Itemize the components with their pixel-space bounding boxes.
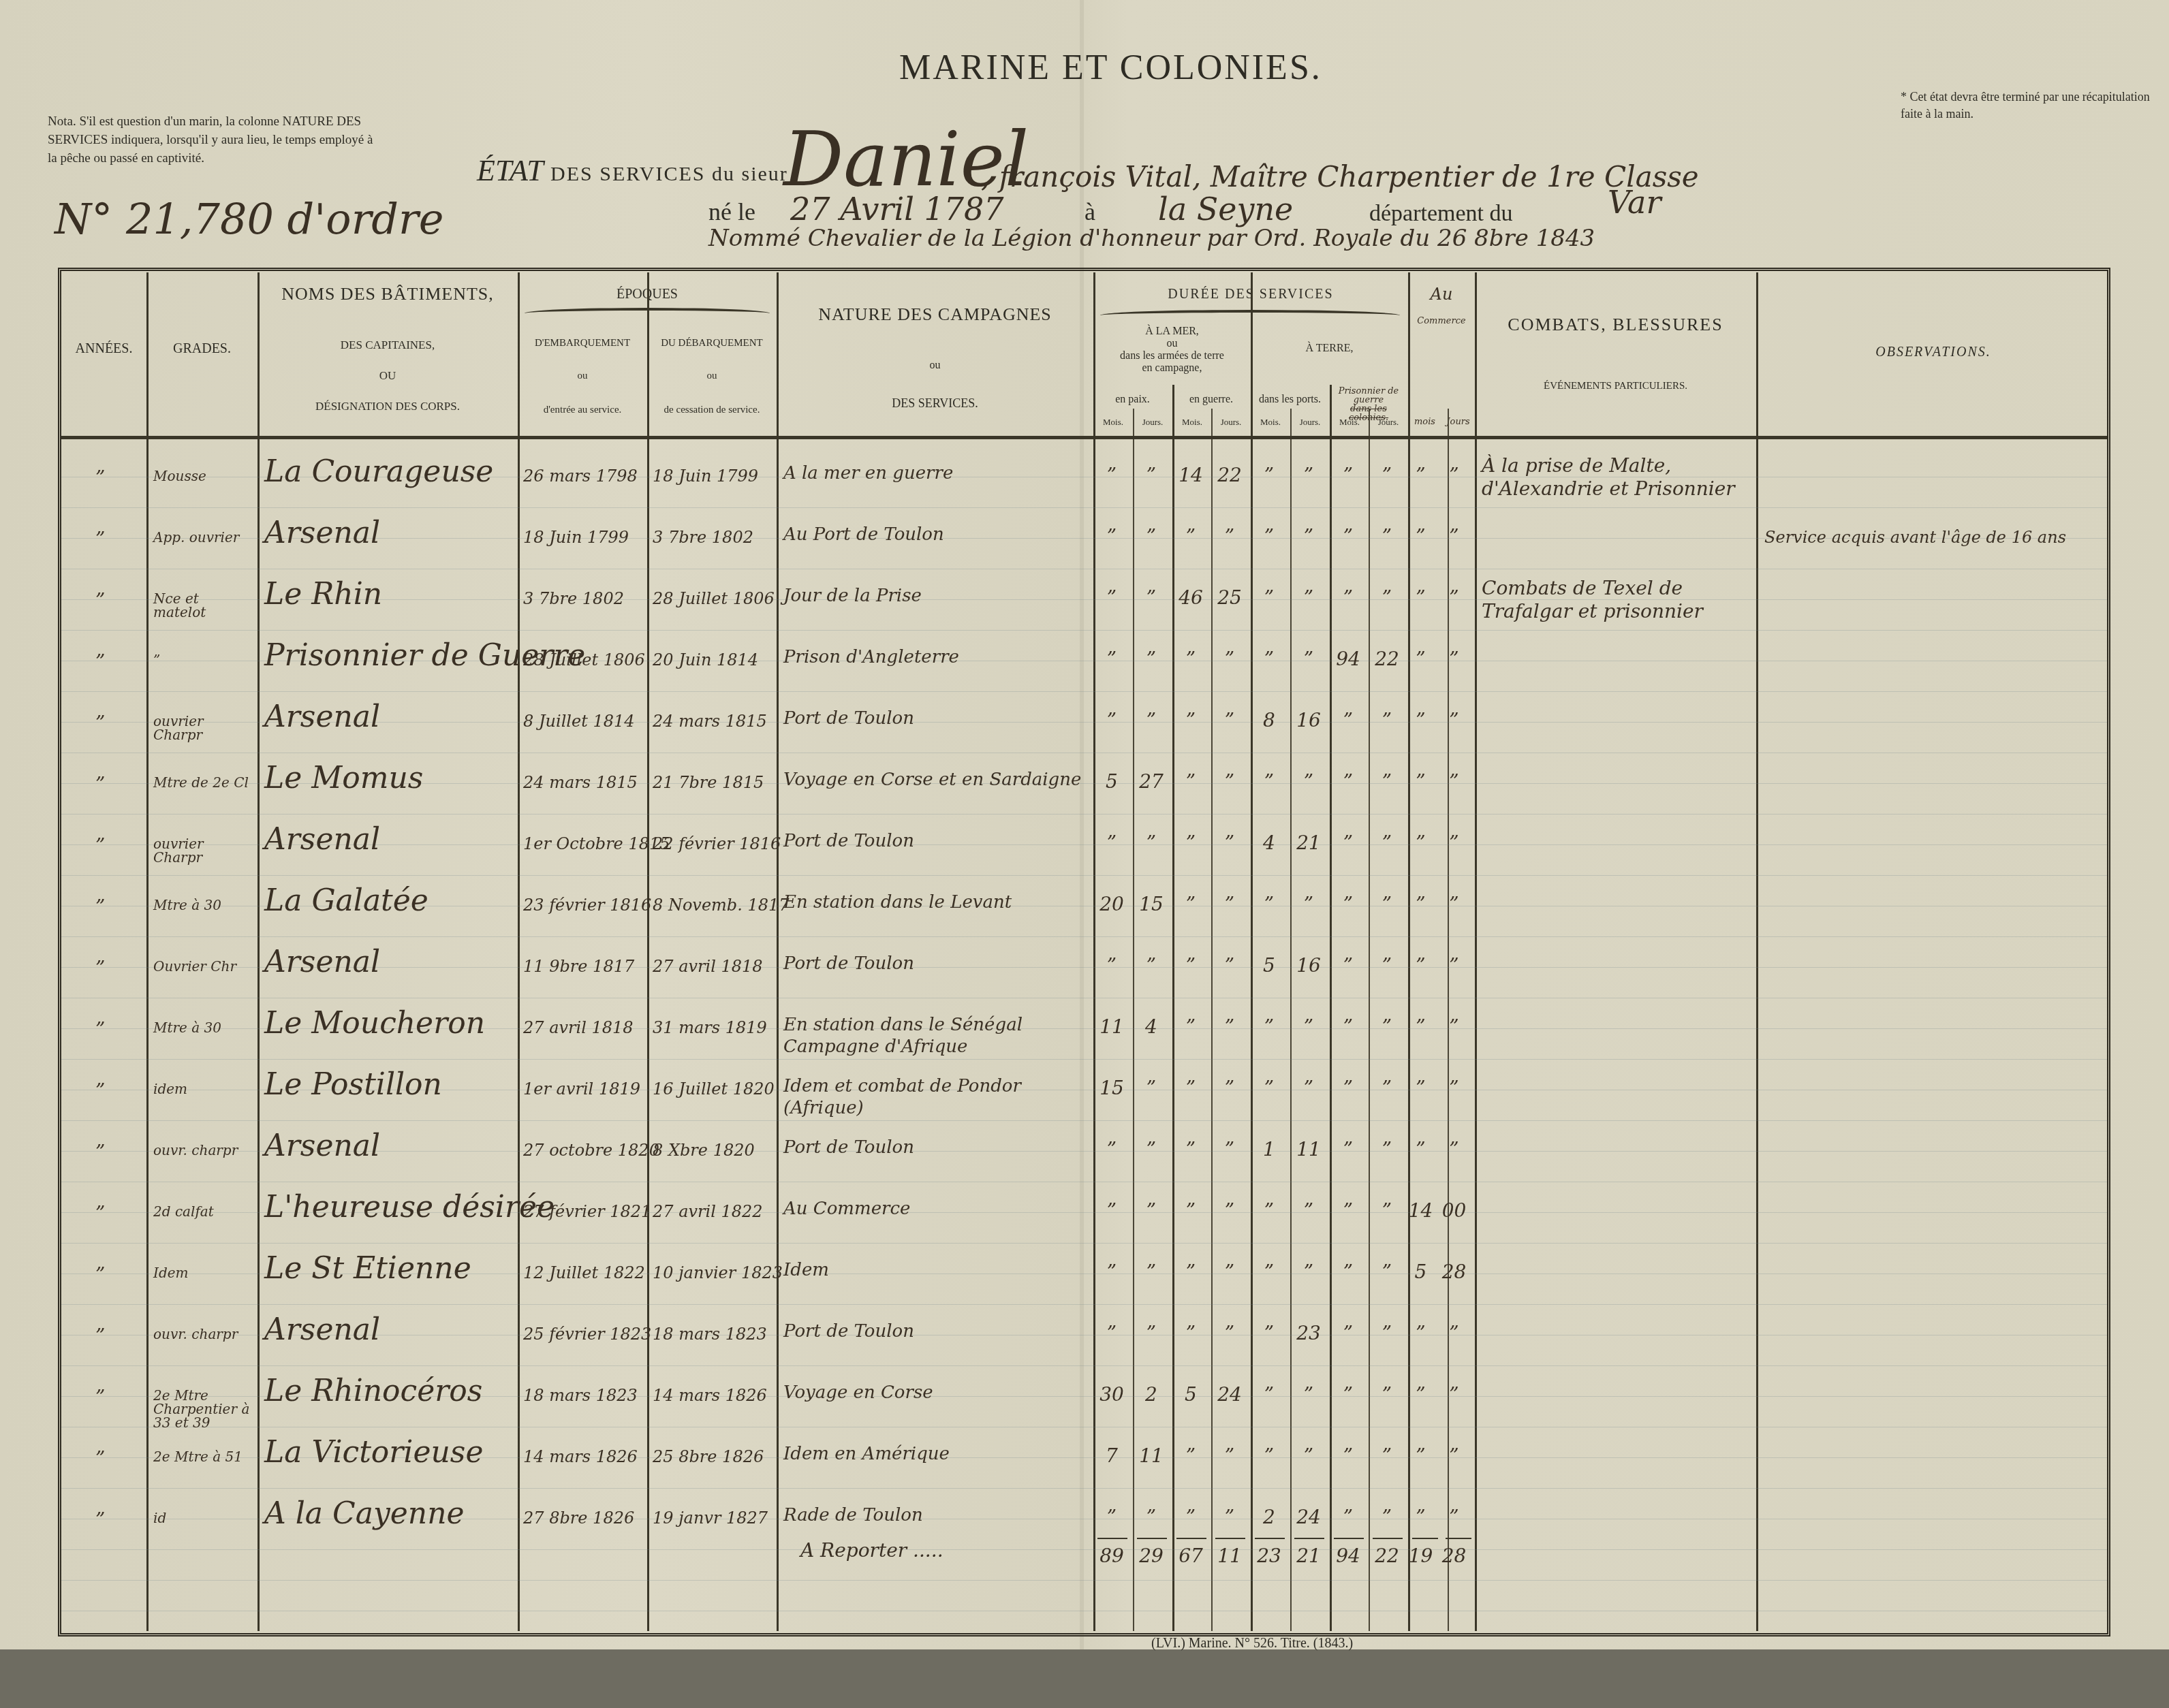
duration-cell: 15 xyxy=(1132,893,1171,915)
duration-cell: ” xyxy=(1249,1015,1289,1038)
duration-cell: ” xyxy=(1210,770,1249,793)
embark-date-cell: 27 octobre 1820 xyxy=(523,1141,659,1160)
document-title: MARINE ET COLONIES. xyxy=(899,48,1322,88)
birth-place: la Seyne xyxy=(1158,191,1293,227)
col-grades: GRADES. xyxy=(146,341,258,357)
duration-cell: ” xyxy=(1328,586,1368,609)
duration-cell: ” xyxy=(1249,1261,1289,1283)
ship-name-cell: A la Cayenne xyxy=(264,1496,465,1531)
duration-cell: ” xyxy=(1289,1199,1328,1222)
annee-cell: ” xyxy=(95,466,105,489)
duration-cell: ” xyxy=(1171,1506,1211,1528)
ship-name-cell: Arsenal xyxy=(264,1312,380,1347)
total-rule xyxy=(1176,1538,1206,1539)
duration-cell: ” xyxy=(1210,1015,1249,1038)
duration-cell: ” xyxy=(1171,1322,1211,1344)
ruled-line xyxy=(61,1488,2107,1489)
duration-cell: ” xyxy=(1171,832,1211,854)
combats-cell: À la prise de Malte, d'Alexandrie et Pri… xyxy=(1482,454,1761,501)
duration-cell: ” xyxy=(1171,1138,1211,1160)
embark-date-cell: 26 mars 1798 xyxy=(523,466,638,486)
duration-cell: ” xyxy=(1367,1077,1407,1099)
duration-cell: 15 xyxy=(1092,1077,1132,1099)
total-rule xyxy=(1215,1538,1245,1539)
ruled-line xyxy=(61,1427,2107,1427)
duration-cell: 4 xyxy=(1132,1015,1171,1038)
mois-header: Mois. xyxy=(1172,417,1212,428)
duration-cell: ” xyxy=(1328,464,1368,486)
duration-cell: 22 xyxy=(1367,648,1407,670)
total-rule xyxy=(1255,1538,1285,1539)
duration-cell: ” xyxy=(1171,648,1211,670)
duration-cell: ” xyxy=(1171,1199,1211,1222)
report-label: A Reporter ..... xyxy=(800,1539,943,1562)
full-name-rank: , françois Vital, Maître Charpentier de … xyxy=(981,160,1699,193)
duration-cell: ” xyxy=(1210,1199,1249,1222)
ship-name-cell: Le St Etienne xyxy=(264,1251,471,1286)
grade-cell: ouvrier Charpr xyxy=(153,837,255,864)
duration-cell: ” xyxy=(1249,648,1289,670)
duration-cell: ” xyxy=(1092,709,1132,731)
duration-cell: ” xyxy=(1092,525,1132,548)
duration-cell: ” xyxy=(1367,1199,1407,1222)
nature-cell: En station dans le Sénégal Campagne d'Af… xyxy=(783,1014,1090,1058)
duration-cell: ” xyxy=(1132,1138,1171,1160)
annee-cell: ” xyxy=(95,1386,105,1408)
duration-cell: ” xyxy=(1132,464,1171,486)
duration-cell: ” xyxy=(1289,1383,1328,1406)
annee-cell: ” xyxy=(95,1202,105,1224)
duration-cell: ” xyxy=(1437,1015,1471,1038)
nota-note: Nota. S'il est question d'un marin, la c… xyxy=(48,112,375,168)
total-cell: 19 xyxy=(1404,1545,1437,1567)
col-embarq-l1: D'EMBARQUEMENT xyxy=(518,335,647,351)
etat-heading: ÉTAT DES SERVICES du sieur xyxy=(477,153,788,188)
duration-cell: ” xyxy=(1404,954,1437,977)
duration-cell: ” xyxy=(1328,525,1368,548)
duration-cell: ” xyxy=(1249,1199,1289,1222)
duration-cell: ” xyxy=(1437,1383,1471,1406)
duration-cell: ” xyxy=(1367,1506,1407,1528)
duration-cell: ” xyxy=(1328,1138,1368,1160)
duration-cell: ” xyxy=(1367,954,1407,977)
disembark-date-cell: 16 Juillet 1820 xyxy=(653,1079,775,1098)
embark-date-cell: 1er Octobre 1815 xyxy=(523,834,670,853)
annee-cell: ” xyxy=(95,650,105,673)
col-observations: OBSERVATIONS. xyxy=(1756,344,2110,360)
birth-date: 27 Avril 1787 xyxy=(790,191,1004,227)
ship-name-cell: Arsenal xyxy=(264,822,380,857)
grade-cell: id xyxy=(153,1511,166,1525)
duration-cell: ” xyxy=(1437,525,1471,548)
duration-cell: ” xyxy=(1404,770,1437,793)
ship-name-cell: La Courageuse xyxy=(264,454,493,489)
duration-cell: ” xyxy=(1437,464,1471,486)
grade-cell: Idem xyxy=(153,1266,189,1280)
embark-date-cell: 8 Juillet 1814 xyxy=(523,712,635,731)
duration-cell: ” xyxy=(1437,832,1471,854)
duration-cell: ” xyxy=(1171,893,1211,915)
col-embarq-l2: ou xyxy=(518,368,647,384)
duration-cell: ” xyxy=(1171,770,1211,793)
annee-cell: ” xyxy=(95,896,105,918)
duration-cell: ” xyxy=(1092,586,1132,609)
total-rule xyxy=(1294,1538,1324,1539)
embark-date-cell: 11 9bre 1817 xyxy=(523,957,634,976)
col-noms-l3: OU xyxy=(258,368,518,384)
ship-name-cell: Le Moucheron xyxy=(264,1006,485,1041)
duration-cell: ” xyxy=(1289,893,1328,915)
duration-cell: ” xyxy=(1289,464,1328,486)
nature-cell: Jour de la Prise xyxy=(783,585,922,607)
etat-label: ÉTAT xyxy=(477,154,543,187)
duration-cell: ” xyxy=(1367,1138,1407,1160)
total-rule xyxy=(1446,1538,1471,1539)
col-commerce-jours: Jours xyxy=(1441,417,1475,427)
duration-cell: ” xyxy=(1404,1077,1437,1099)
col-noms-l1: NOMS DES BÂTIMENTS, xyxy=(258,286,518,302)
total-cell: 94 xyxy=(1328,1545,1368,1567)
col-nature-l2: ou xyxy=(777,358,1093,374)
col-commerce-l1: Au xyxy=(1408,286,1475,302)
mois-header: Mois. xyxy=(1093,417,1133,428)
ruled-line xyxy=(61,691,2107,692)
ship-name-cell: Le Rhin xyxy=(264,577,382,612)
ruled-line xyxy=(61,814,2107,815)
disembark-date-cell: 21 7bre 1815 xyxy=(653,773,764,792)
duration-cell: 94 xyxy=(1328,648,1368,670)
duration-cell: ” xyxy=(1249,1322,1289,1344)
nature-cell: Idem xyxy=(783,1259,829,1281)
total-rule xyxy=(1334,1538,1364,1539)
annee-cell: ” xyxy=(95,773,105,795)
total-rule xyxy=(1412,1538,1438,1539)
grade-cell: ouvr. charpr xyxy=(153,1143,238,1157)
nature-cell: Rade de Toulon xyxy=(783,1504,923,1526)
ruled-line xyxy=(61,1549,2107,1550)
ship-name-cell: Arsenal xyxy=(264,699,380,734)
duration-cell: ” xyxy=(1328,1199,1368,1222)
duree-brace xyxy=(1100,310,1400,321)
jours-header: Jours. xyxy=(1211,417,1251,428)
duration-cell: 30 xyxy=(1092,1383,1132,1406)
duration-cell: ” xyxy=(1210,525,1249,548)
total-rule xyxy=(1137,1538,1167,1539)
col-nature-l1: NATURE DES CAMPAGNES xyxy=(777,306,1093,323)
duration-cell: ” xyxy=(1404,1383,1437,1406)
total-cell: 89 xyxy=(1092,1545,1132,1567)
col-nature-l3: DES SERVICES. xyxy=(777,395,1093,411)
disembark-date-cell: 24 mars 1815 xyxy=(653,712,767,731)
nature-cell: Au Port de Toulon xyxy=(783,524,944,545)
total-rule xyxy=(1373,1538,1403,1539)
duration-cell: ” xyxy=(1328,1383,1368,1406)
duration-cell: ” xyxy=(1437,586,1471,609)
duration-cell: ” xyxy=(1328,954,1368,977)
ruled-line xyxy=(61,1243,2107,1244)
jours-header: Jours. xyxy=(1290,417,1330,428)
grade-cell: App. ouvrier xyxy=(153,531,239,544)
nature-cell: Voyage en Corse xyxy=(783,1382,933,1404)
duration-cell: ” xyxy=(1437,1077,1471,1099)
duration-cell: ” xyxy=(1437,954,1471,977)
ruled-line xyxy=(61,1611,2107,1611)
duration-cell: ” xyxy=(1289,1077,1328,1099)
duration-cell: ” xyxy=(1404,586,1437,609)
grade-cell: ouvrier Charpr xyxy=(153,714,255,742)
embark-date-cell: 27 avril 1818 xyxy=(523,1018,634,1037)
disembark-date-cell: 3 7bre 1802 xyxy=(653,528,753,547)
duration-cell: ” xyxy=(1404,1138,1437,1160)
duration-cell: 14 xyxy=(1171,464,1211,486)
ship-name-cell: Le Momus xyxy=(264,761,423,795)
grade-cell: Nce et matelot xyxy=(153,592,255,619)
embark-date-cell: 14 mars 1826 xyxy=(523,1447,638,1466)
disembark-date-cell: 8 Novemb. 1817 xyxy=(653,896,790,915)
etat-rest: DES SERVICES du sieur xyxy=(550,163,788,185)
mer-l3: dans les armées de terre xyxy=(1093,350,1251,362)
nature-cell: Prison d'Angleterre xyxy=(783,646,959,668)
duration-cell: 5 xyxy=(1249,954,1289,977)
col-mer: À LA MER, ou dans les armées de terre en… xyxy=(1093,326,1251,375)
ship-name-cell: Arsenal xyxy=(264,945,380,979)
ruled-line xyxy=(61,753,2107,753)
duration-cell: ” xyxy=(1328,1015,1368,1038)
annee-cell: ” xyxy=(95,1447,105,1470)
duration-cell: 7 xyxy=(1092,1444,1132,1467)
duration-cell: ” xyxy=(1249,893,1289,915)
total-cell: 28 xyxy=(1437,1545,1471,1567)
duration-cell: ” xyxy=(1132,1077,1171,1099)
duration-cell: ” xyxy=(1437,1322,1471,1344)
duration-cell: ” xyxy=(1367,1383,1407,1406)
duration-cell: 5 xyxy=(1092,770,1132,793)
ruled-line xyxy=(61,630,2107,631)
duration-cell: ” xyxy=(1328,1322,1368,1344)
grade-cell: Mtre à 30 xyxy=(153,1021,221,1034)
duration-cell: ” xyxy=(1092,1506,1132,1528)
duration-cell: ” xyxy=(1404,525,1437,548)
duration-cell: ” xyxy=(1289,525,1328,548)
duration-cell: ” xyxy=(1171,1444,1211,1467)
col-en-paix: en paix. xyxy=(1093,394,1172,406)
mer-l4: en campagne, xyxy=(1093,362,1251,375)
ship-name-cell: Le Postillon xyxy=(264,1067,442,1102)
disembark-date-cell: 18 Juin 1799 xyxy=(653,466,758,486)
nature-cell: En station dans le Levant xyxy=(783,891,1012,913)
duration-cell: 8 xyxy=(1249,709,1289,731)
duration-cell: ” xyxy=(1132,954,1171,977)
duration-cell: ” xyxy=(1289,770,1328,793)
grade-cell: Mtre de 2e Cl xyxy=(153,776,249,789)
disembark-date-cell: 25 8bre 1826 xyxy=(653,1447,764,1466)
ship-name-cell: La Victorieuse xyxy=(264,1435,483,1470)
duration-cell: ” xyxy=(1249,770,1289,793)
total-rule xyxy=(1097,1538,1127,1539)
ruled-line xyxy=(61,1304,2107,1305)
duration-cell: ” xyxy=(1171,709,1211,731)
grade-cell: 2d calfat xyxy=(153,1205,214,1218)
duration-cell: ” xyxy=(1132,709,1171,731)
duration-cell: ” xyxy=(1328,1444,1368,1467)
duration-cell: ” xyxy=(1437,1138,1471,1160)
duration-cell: ” xyxy=(1404,1506,1437,1528)
duration-cell: ” xyxy=(1210,1077,1249,1099)
nature-cell: Idem et combat de Pondor (Afrique) xyxy=(783,1075,1090,1119)
duration-cell: ” xyxy=(1210,832,1249,854)
duration-cell: ” xyxy=(1437,1506,1471,1528)
annee-cell: ” xyxy=(95,957,105,979)
duration-cell: ” xyxy=(1328,893,1368,915)
ruled-line xyxy=(61,998,2107,998)
disembark-date-cell: 8 Xbre 1820 xyxy=(653,1141,755,1160)
embark-date-cell: 3 7bre 1802 xyxy=(523,589,624,608)
duration-cell: ” xyxy=(1289,1444,1328,1467)
duration-cell: ” xyxy=(1249,525,1289,548)
duration-cell: ” xyxy=(1367,709,1407,731)
nature-cell: Port de Toulon xyxy=(783,1320,914,1342)
duration-cell: ” xyxy=(1404,709,1437,731)
disembark-date-cell: 20 Juin 1814 xyxy=(653,650,758,669)
combats-cell: Combats de Texel de Trafalgar et prisonn… xyxy=(1482,577,1761,623)
disembark-date-cell: 28 Juillet 1806 xyxy=(653,589,775,608)
duration-cell: ” xyxy=(1132,1506,1171,1528)
annee-cell: ” xyxy=(95,589,105,612)
duration-cell: ” xyxy=(1328,709,1368,731)
form-footer: (LVI.) Marine. N° 526. Titre. (1843.) xyxy=(1151,1636,1353,1651)
ruled-line xyxy=(61,875,2107,876)
duration-cell: ” xyxy=(1132,525,1171,548)
ruled-line xyxy=(61,1182,2107,1182)
duration-cell: ” xyxy=(1437,770,1471,793)
col-noms-l4: DÉSIGNATION DES CORPS. xyxy=(258,398,518,415)
prisonnier-label: Prisonnier de guerre xyxy=(1329,387,1408,405)
ruled-line xyxy=(61,507,2107,508)
duration-cell: 22 xyxy=(1210,464,1249,486)
duration-cell: ” xyxy=(1092,464,1132,486)
duration-cell: 24 xyxy=(1210,1383,1249,1406)
recap-note: * Cet état devra être terminé par une ré… xyxy=(1901,89,2159,123)
duration-cell: ” xyxy=(1210,1138,1249,1160)
duration-cell: 27 xyxy=(1132,770,1171,793)
jours-header: Jours. xyxy=(1369,417,1408,428)
nature-cell: Idem en Amérique xyxy=(783,1443,950,1465)
duration-cell: 21 xyxy=(1289,832,1328,854)
ruled-line xyxy=(61,1120,2107,1121)
annee-cell: ” xyxy=(95,834,105,857)
duration-cell: 1 xyxy=(1249,1138,1289,1160)
duration-cell: 24 xyxy=(1289,1506,1328,1528)
duration-cell: ” xyxy=(1367,586,1407,609)
annee-cell: ” xyxy=(95,1508,105,1531)
department-label: département du xyxy=(1369,201,1513,227)
col-debarq-l1: DU DÉBARQUEMENT xyxy=(647,335,777,351)
duration-cell: ” xyxy=(1404,648,1437,670)
duration-cell: ” xyxy=(1092,832,1132,854)
header-divider xyxy=(61,436,2107,439)
duration-cell: 16 xyxy=(1289,954,1328,977)
duration-cell: ” xyxy=(1404,893,1437,915)
disembark-date-cell: 18 mars 1823 xyxy=(653,1325,767,1344)
duration-cell: 5 xyxy=(1404,1261,1437,1283)
duration-cell: ” xyxy=(1328,1506,1368,1528)
total-cell: 29 xyxy=(1132,1545,1171,1567)
total-cell: 21 xyxy=(1289,1545,1328,1567)
mois-header: Mois. xyxy=(1251,417,1290,428)
duration-cell: ” xyxy=(1249,586,1289,609)
nature-cell: Port de Toulon xyxy=(783,953,914,975)
duration-cell: ” xyxy=(1249,1077,1289,1099)
disembark-date-cell: 27 avril 1818 xyxy=(653,957,763,976)
ship-name-cell: L'heureuse désirée xyxy=(264,1190,555,1224)
duration-cell: ” xyxy=(1210,954,1249,977)
embark-date-cell: 18 Juin 1799 xyxy=(523,528,629,547)
duration-cell: 4 xyxy=(1249,832,1289,854)
grade-cell: 2e Mtre Charpentier à 33 et 39 xyxy=(153,1389,255,1429)
embark-date-cell: 27 8bre 1826 xyxy=(523,1508,634,1528)
duration-cell: ” xyxy=(1210,709,1249,731)
grade-cell: Mousse xyxy=(153,469,206,483)
observation-cell: Service acquis avant l'âge de 16 ans xyxy=(1764,528,2066,547)
duration-cell: ” xyxy=(1092,1199,1132,1222)
grade-cell: idem xyxy=(153,1082,187,1096)
order-number: N° 21,780 d'ordre xyxy=(54,194,443,244)
duration-cell: ” xyxy=(1328,770,1368,793)
duration-cell: ” xyxy=(1328,832,1368,854)
embark-date-cell: 25 février 1823 xyxy=(523,1325,651,1344)
ship-name-cell: La Galatée xyxy=(264,883,428,918)
nature-cell: A la mer en guerre xyxy=(783,462,953,484)
bottom-band xyxy=(0,1649,2169,1708)
ruled-line xyxy=(61,936,2107,937)
duration-cell: ” xyxy=(1437,893,1471,915)
duration-cell: ” xyxy=(1404,1015,1437,1038)
duration-cell: ” xyxy=(1092,1138,1132,1160)
duration-cell: ” xyxy=(1289,586,1328,609)
duration-cell: ” xyxy=(1404,832,1437,854)
duration-cell: ” xyxy=(1437,709,1471,731)
annee-cell: ” xyxy=(95,528,105,550)
disembark-date-cell: 22 février 1816 xyxy=(653,834,781,853)
grade-cell: ” xyxy=(153,653,160,667)
duration-cell: ” xyxy=(1092,954,1132,977)
duration-cell: 20 xyxy=(1092,893,1132,915)
duration-cell: ” xyxy=(1367,464,1407,486)
mer-l2: ou xyxy=(1093,338,1251,350)
duration-cell: ” xyxy=(1132,1261,1171,1283)
duration-cell: 11 xyxy=(1132,1444,1171,1467)
duration-cell: ” xyxy=(1328,1077,1368,1099)
duration-cell: 28 xyxy=(1437,1261,1471,1283)
duration-cell: ” xyxy=(1367,1444,1407,1467)
nature-cell: Voyage en Corse et en Sardaigne xyxy=(783,769,1081,791)
grade-cell: Mtre à 30 xyxy=(153,898,221,912)
nature-cell: Port de Toulon xyxy=(783,1137,914,1158)
duration-cell: ” xyxy=(1367,525,1407,548)
duration-cell: ” xyxy=(1210,1506,1249,1528)
embark-date-cell: 18 mars 1823 xyxy=(523,1386,638,1405)
total-cell: 22 xyxy=(1367,1545,1407,1567)
ship-name-cell: Arsenal xyxy=(264,516,380,550)
annee-cell: ” xyxy=(95,1325,105,1347)
duration-cell: ” xyxy=(1210,1322,1249,1344)
duration-cell: ” xyxy=(1132,586,1171,609)
grade-cell: 2e Mtre à 51 xyxy=(153,1450,243,1464)
embark-date-cell: 1er avril 1819 xyxy=(523,1079,640,1098)
duration-cell: ” xyxy=(1132,648,1171,670)
duration-cell: ” xyxy=(1289,1261,1328,1283)
annee-cell: ” xyxy=(95,712,105,734)
